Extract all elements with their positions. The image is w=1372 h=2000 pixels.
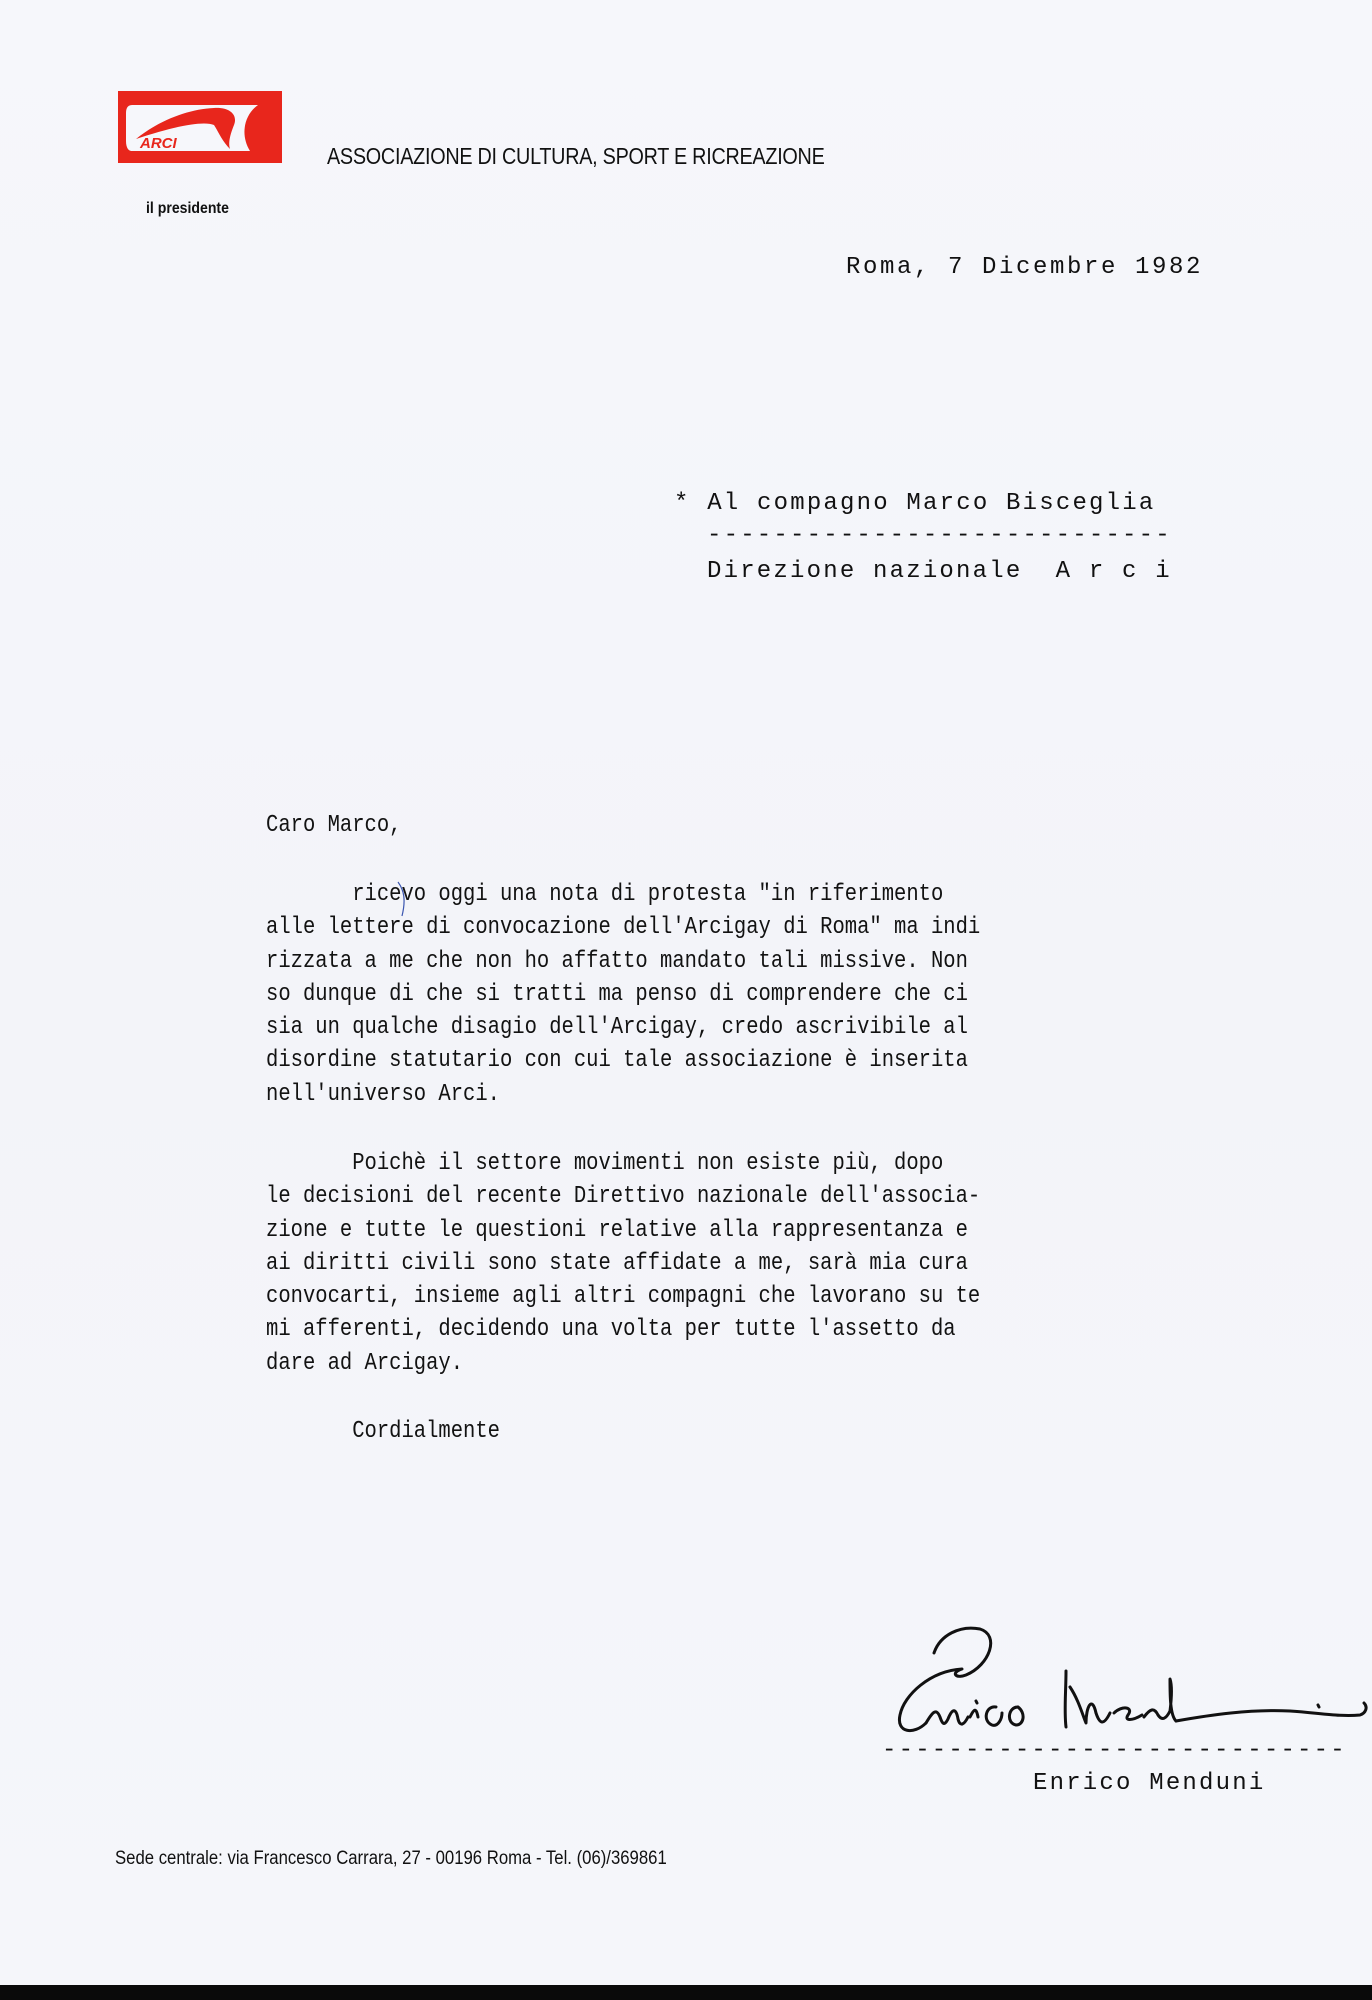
recipient-name: * Al compagno Marco Bisceglia: [674, 490, 1155, 517]
body-paragraph-1: ricevo oggi una nota di protesta "in rif…: [266, 878, 1101, 1111]
recipient-department: Direzione nazionale A r c i: [707, 558, 1172, 585]
body-line: nell'universo Arci.: [266, 1078, 980, 1111]
body-line: disordine statutario con cui tale associ…: [266, 1044, 980, 1077]
body-line: sia un qualche disagio dell'Arcigay, cre…: [266, 1011, 980, 1044]
body-paragraph-2: Poichè il settore movimenti non esiste p…: [266, 1147, 1101, 1380]
closing: Cordialmente: [266, 1418, 500, 1445]
signer-name: Enrico Menduni: [1033, 1770, 1265, 1797]
body-line: rizzata a me che non ho affatto mandato …: [266, 945, 980, 978]
body-line: alle lettere di convocazione dell'Arciga…: [266, 911, 980, 944]
body-line: so dunque di che si tratti ma penso di c…: [266, 978, 980, 1011]
body-line: ricevo oggi una nota di protesta "in rif…: [266, 878, 980, 911]
body-line: zione e tutte le questioni relative alla…: [266, 1214, 980, 1247]
sender-role: il presidente: [146, 200, 229, 218]
letter-page: ARCI ASSOCIAZIONE DI CULTURA, SPORT E RI…: [0, 0, 1372, 1985]
svg-text:ARCI: ARCI: [139, 135, 177, 152]
date-line: Roma, 7 Dicembre 1982: [846, 254, 1203, 281]
signature-divider: ----------------------------: [882, 1737, 1347, 1764]
salutation: Caro Marco,: [266, 812, 401, 839]
body-line: dare ad Arcigay.: [266, 1347, 980, 1380]
handwritten-signature-icon: [870, 1595, 1370, 1745]
arci-logo-icon: ARCI: [118, 91, 282, 163]
recipient-divider: ----------------------------: [707, 522, 1172, 549]
body-line: Poichè il settore movimenti non esiste p…: [266, 1147, 980, 1180]
organization-name: ASSOCIAZIONE DI CULTURA, SPORT E RICREAZ…: [327, 143, 825, 170]
body-line: le decisioni del recente Direttivo nazio…: [266, 1180, 980, 1213]
footer-address: Sede centrale: via Francesco Carrara, 27…: [115, 1848, 667, 1870]
scan-edge: [0, 1985, 1372, 2000]
body-line: convocarti, insieme agli altri compagni …: [266, 1280, 980, 1313]
body-line: mi afferenti, decidendo una volta per tu…: [266, 1313, 980, 1346]
body-line: ai diritti civili sono state affidate a …: [266, 1247, 980, 1280]
